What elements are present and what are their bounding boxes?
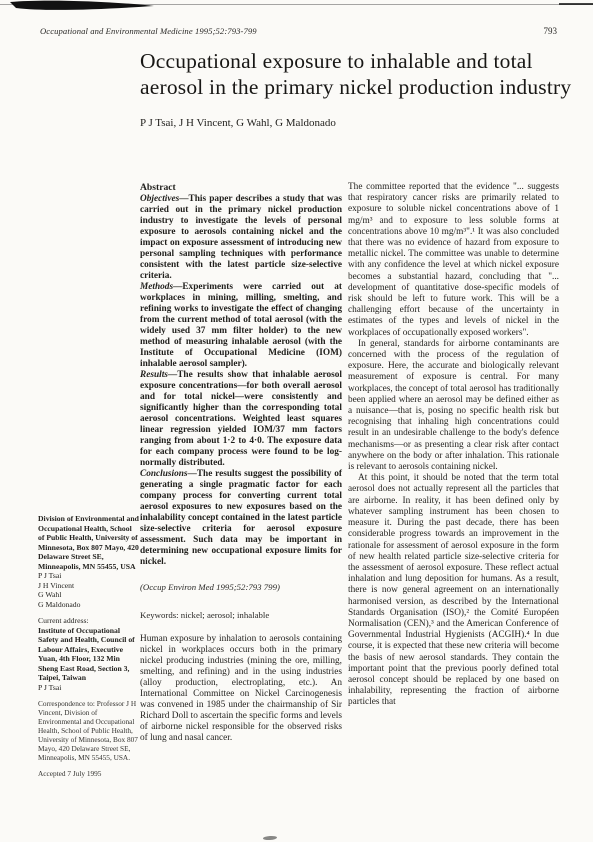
abstract-section-text: —This paper describes a study that was c…	[140, 194, 342, 281]
abstract-results: Results—The results show that inhalable …	[140, 370, 342, 469]
current-address-author: P J Tsai	[38, 683, 139, 693]
affiliation-author: G Maldonado	[38, 600, 139, 610]
abstract-section-label: Objectives	[140, 194, 179, 204]
keywords-line: Keywords: nickel; aerosol; inhalable	[140, 610, 342, 621]
abstract-section-label: Results	[140, 370, 168, 380]
abstract-conclusions: Conclusions—The results suggest the poss…	[140, 469, 342, 568]
abstract-objectives: Objectives—This paper describes a study …	[140, 194, 342, 282]
abstract: Abstract Objectives—This paper describes…	[140, 182, 342, 621]
affiliation-author: P J Tsai	[38, 571, 139, 581]
scan-smudge-artifact	[263, 836, 277, 841]
body-paragraph: The committee reported that the evidence…	[348, 182, 559, 339]
abstract-section-text: —Experiments were carried out at workpla…	[140, 282, 342, 369]
abstract-section-text: —The results suggest the possibility of …	[140, 469, 342, 567]
intro-paragraph: Human exposure by inhalation to aerosols…	[140, 634, 342, 744]
article-title: Occupational exposure to inhalable and t…	[140, 48, 572, 100]
citation-line: (Occup Environ Med 1995;52:793 799)	[140, 582, 342, 593]
accepted-date: Accepted 7 July 1995	[38, 769, 139, 778]
affiliation-author: G Wahl	[38, 590, 139, 600]
body-paragraph: In general, standards for airborne conta…	[348, 339, 559, 473]
correspondence-note: Correspondence to: Professor J H Vincent…	[38, 699, 139, 762]
affiliation-author: J H Vincent	[38, 581, 139, 591]
journal-page: Occupational and Environmental Medicine …	[0, 0, 593, 842]
current-address-label: Current address:	[38, 616, 139, 626]
page-number: 793	[544, 26, 558, 36]
abstract-section-label: Methods	[140, 282, 173, 292]
scan-line-artifact-right	[559, 3, 593, 5]
article-authors: P J Tsai, J H Vincent, G Wahl, G Maldona…	[140, 117, 336, 129]
abstract-heading: Abstract	[140, 182, 342, 193]
affiliation-address: Division of Environmental and Occupation…	[38, 514, 139, 571]
left-column: Abstract Objectives—This paper describes…	[140, 182, 342, 744]
current-address: Institute of Occupational Safety and Hea…	[38, 626, 139, 683]
abstract-methods: Methods—Experiments were carried out at …	[140, 282, 342, 370]
scan-wedge-artifact	[8, 0, 158, 14]
margin-notes: Division of Environmental and Occupation…	[38, 514, 139, 778]
journal-running-head: Occupational and Environmental Medicine …	[40, 26, 257, 36]
right-column: The committee reported that the evidence…	[348, 182, 559, 709]
abstract-section-label: Conclusions	[140, 469, 188, 479]
abstract-section-text: —The results show that inhalable aerosol…	[140, 370, 342, 468]
body-paragraph: At this point, it should be noted that t…	[348, 473, 559, 708]
